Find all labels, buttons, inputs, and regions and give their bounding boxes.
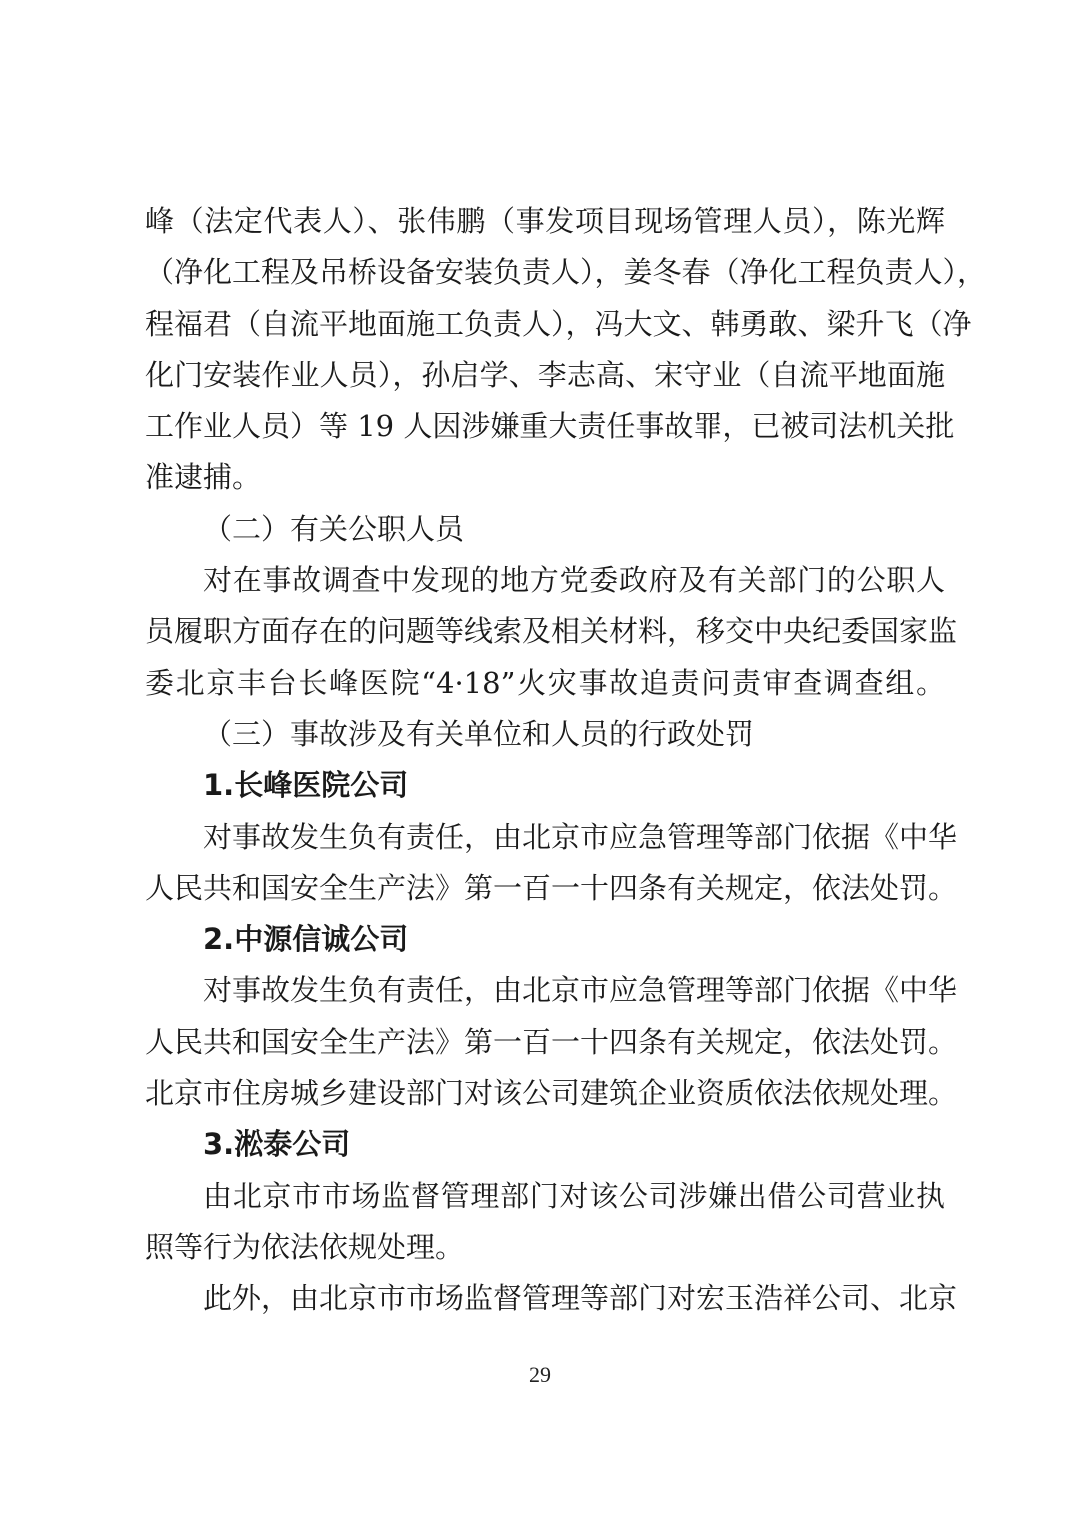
item-heading: 1.长峰医院公司 (145, 760, 945, 811)
body-line: 委北京丰台长峰医院“4·18”火灾事故追责问责审查调查组。 (145, 658, 945, 709)
body-line: （净化工程及吊桥设备安装负责人），姜冬春（净化工程负责人）， (145, 247, 945, 298)
document-body: 峰（法定代表人）、张伟鹏（事发项目现场管理人员），陈光辉 （净化工程及吊桥设备安… (145, 196, 945, 1325)
item-heading: 2.中源信诚公司 (145, 914, 945, 965)
section-subheading: （三）事故涉及有关单位和人员的行政处罚 (145, 709, 945, 760)
body-line: 人民共和国安全生产法》第一百一十四条有关规定，依法处罚。 (145, 863, 945, 914)
item-heading: 3.淞泰公司 (145, 1119, 945, 1170)
body-line: 由北京市市场监督管理部门对该公司涉嫌出借公司营业执 (145, 1171, 945, 1222)
body-line: 化门安装作业人员），孙启学、李志高、宋守业（自流平地面施 (145, 350, 945, 401)
body-line: 此外，由北京市市场监督管理等部门对宏玉浩祥公司、北京 (145, 1273, 945, 1324)
body-line: 对事故发生负有责任，由北京市应急管理等部门依据《中华 (145, 965, 945, 1016)
section-subheading: （二）有关公职人员 (145, 504, 945, 555)
body-line: 工作业人员）等 19 人因涉嫌重大责任事故罪，已被司法机关批 (145, 401, 945, 452)
body-line: 程福君（自流平地面施工负责人），冯大文、韩勇敢、梁升飞（净 (145, 299, 945, 350)
body-line: 对在事故调查中发现的地方党委政府及有关部门的公职人 (145, 555, 945, 606)
body-line: 对事故发生负有责任，由北京市应急管理等部门依据《中华 (145, 812, 945, 863)
body-line: 峰（法定代表人）、张伟鹏（事发项目现场管理人员），陈光辉 (145, 196, 945, 247)
body-line: 照等行为依法依规处理。 (145, 1222, 945, 1273)
page-number: 29 (0, 1362, 1080, 1388)
document-page: 峰（法定代表人）、张伟鹏（事发项目现场管理人员），陈光辉 （净化工程及吊桥设备安… (0, 0, 1080, 1526)
body-line: 人民共和国安全生产法》第一百一十四条有关规定，依法处罚。 (145, 1017, 945, 1068)
body-line: 准逮捕。 (145, 452, 945, 503)
body-line: 员履职方面存在的问题等线索及相关材料，移交中央纪委国家监 (145, 606, 945, 657)
body-line: 北京市住房城乡建设部门对该公司建筑企业资质依法依规处理。 (145, 1068, 945, 1119)
